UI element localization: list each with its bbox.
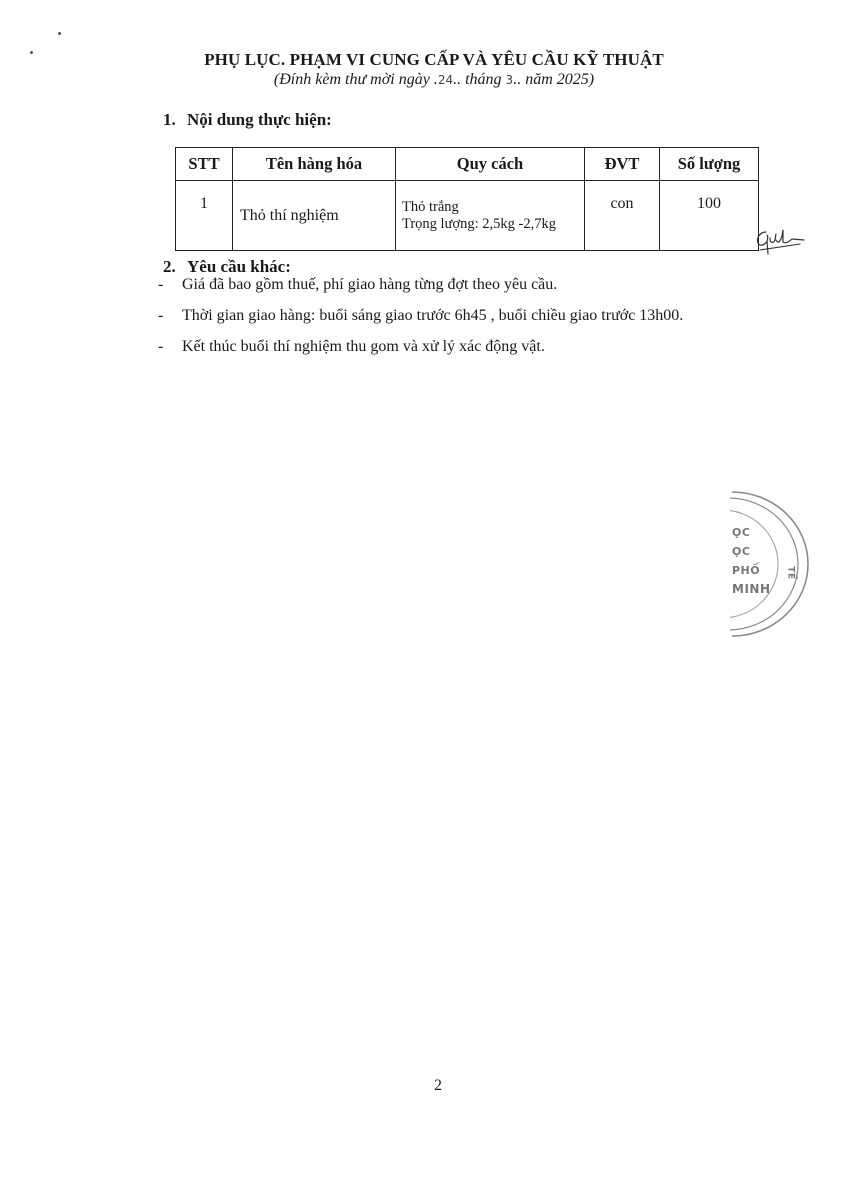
document-title: PHỤ LỤC. PHẠM VI CUNG CẤP VÀ YÊU CẦU KỸ … bbox=[0, 50, 845, 70]
requirement-text: Kết thúc buổi thí nghiệm thu gom và xử l… bbox=[182, 338, 545, 355]
stamp-ring-icon bbox=[730, 488, 810, 638]
page-number: 2 bbox=[0, 1077, 845, 1095]
bullet-dash: - bbox=[158, 307, 163, 325]
section-title: Yêu cầu khác: bbox=[187, 257, 291, 276]
requirements-list: -Giá đã bao gồm thuế, phí giao hàng từng… bbox=[158, 276, 683, 369]
spec-line: Thỏ trắng bbox=[402, 199, 584, 216]
table-header-row: STT Tên hàng hóa Quy cách ĐVT Số lượng bbox=[176, 148, 759, 181]
header-unit: ĐVT bbox=[585, 148, 660, 181]
subtitle-prefix: (Đính kèm thư mời ngày . bbox=[274, 71, 438, 88]
section-number: 2. bbox=[163, 257, 187, 277]
subtitle-mid: .. tháng bbox=[453, 71, 505, 88]
header-stt: STT bbox=[176, 148, 233, 181]
header-item-name: Tên hàng hóa bbox=[233, 148, 396, 181]
requirement-text: Giá đã bao gồm thuế, phí giao hàng từng … bbox=[182, 276, 557, 293]
header-specification: Quy cách bbox=[396, 148, 585, 181]
bullet-dash: - bbox=[158, 276, 163, 294]
cell-item-name: Thỏ thí nghiệm bbox=[233, 181, 396, 251]
official-stamp: ỌC ỌC PHỐ MINH TẾ bbox=[730, 488, 810, 638]
cell-stt: 1 bbox=[176, 181, 233, 251]
list-item: -Thời gian giao hàng: buổi sáng giao trư… bbox=[158, 307, 683, 338]
document-subtitle: (Đính kèm thư mời ngày .24.. tháng 3.. n… bbox=[0, 71, 845, 89]
cell-quantity: 100 bbox=[660, 181, 759, 251]
signature-icon bbox=[752, 224, 812, 258]
list-item: -Giá đã bao gồm thuế, phí giao hàng từng… bbox=[158, 276, 683, 307]
stamp-text: MINH bbox=[732, 582, 771, 596]
cell-specification: Thỏ trắng Trọng lượng: 2,5kg -2,7kg bbox=[396, 181, 585, 251]
cell-unit: con bbox=[585, 181, 660, 251]
stamp-edge-text: TẾ bbox=[786, 566, 796, 579]
stamp-text: ỌC bbox=[732, 526, 750, 539]
section-title: Nội dung thực hiện: bbox=[187, 110, 332, 129]
section-heading-1: 1.Nội dung thực hiện: bbox=[163, 110, 332, 130]
spec-line: Trọng lượng: 2,5kg -2,7kg bbox=[402, 216, 584, 233]
items-table: STT Tên hàng hóa Quy cách ĐVT Số lượng 1… bbox=[175, 147, 759, 251]
requirement-text: Thời gian giao hàng: buổi sáng giao trướ… bbox=[182, 307, 683, 324]
bullet-dash: - bbox=[158, 338, 163, 356]
stamp-text: PHỐ bbox=[732, 564, 760, 577]
list-item: -Kết thúc buổi thí nghiệm thu gom và xử … bbox=[158, 338, 683, 369]
section-number: 1. bbox=[163, 110, 187, 130]
section-heading-2: 2.Yêu cầu khác: bbox=[163, 257, 291, 277]
stamp-text: ỌC bbox=[732, 545, 750, 558]
header-quantity: Số lượng bbox=[660, 148, 759, 181]
subtitle-suffix: .. năm 2025) bbox=[513, 71, 594, 88]
scan-speck bbox=[58, 32, 61, 35]
handwritten-day: 24 bbox=[438, 73, 453, 87]
table-row: 1 Thỏ thí nghiệm Thỏ trắng Trọng lượng: … bbox=[176, 181, 759, 251]
